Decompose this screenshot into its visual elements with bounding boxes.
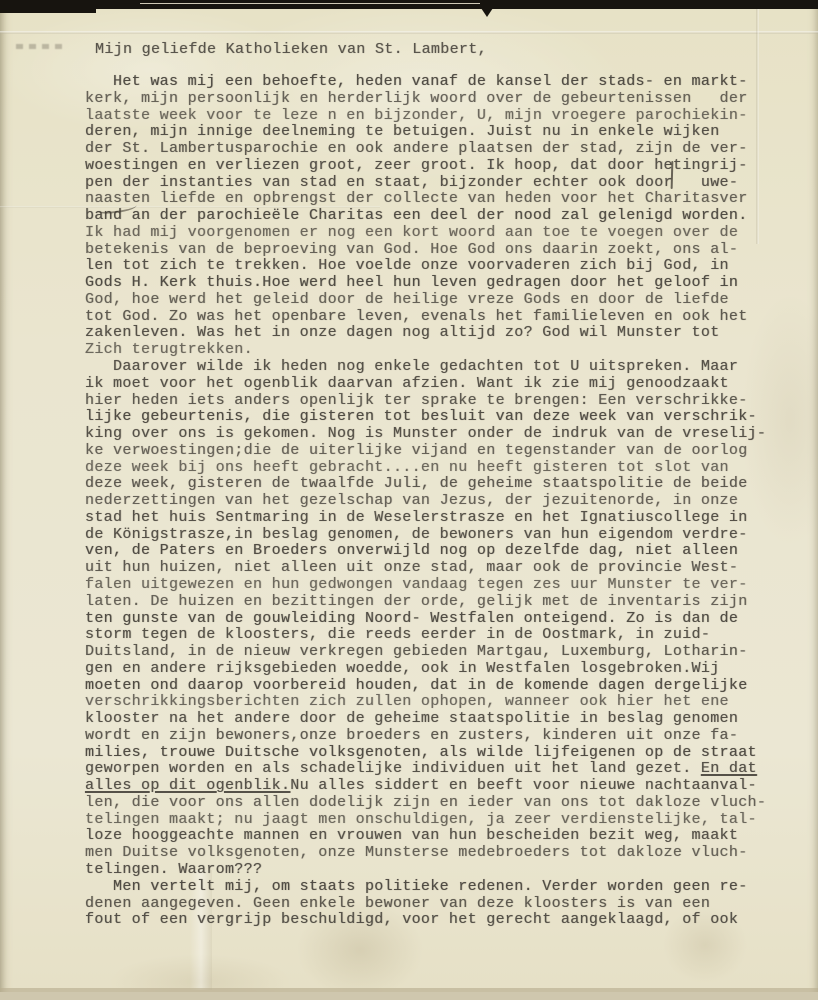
text-line: klooster na het andere door de geheime s… [85,711,780,728]
text-line: kerk, mijn persoonlijk en herderlijk woo… [85,91,780,108]
text-line: geworpen worden en als schadelijke indiv… [85,761,780,778]
text-line: deze week, gisteren de twaalfde Juli, de… [85,476,780,493]
text-line: deren, mijn innige deelneming te betuige… [85,124,780,141]
scanned-letter-page: Mijn geliefde Katholieken van St. Lamber… [0,0,818,1000]
text-line: deze week bij ons heeft gebracht....en n… [85,460,780,477]
text-line: ven, de Paters en Broeders onverwijld no… [85,543,780,560]
text-line: betekenis van de beproeving van God. Hoe… [85,242,780,259]
text-line: band an der parochieële Charitas een dee… [85,208,780,225]
text-line: tot God. Zo was het openbare leven, even… [85,309,780,326]
text-line: de Königstrasze,in beslag genomen, de be… [85,527,780,544]
text-line: lijke gebeurtenis, die gisteren tot besl… [85,409,780,426]
underlined-phrase: alles op dit ogenblik. [85,777,290,794]
text-line: uit hun huizen, niet alleen uit onze sta… [85,560,780,577]
underlined-phrase: En dat [701,760,757,777]
pencil-marks [16,44,64,49]
text-line: der St. Lambertusparochie en ook andere … [85,141,780,158]
text-line: zakenleven. Was het in onze dagen nog al… [85,325,780,342]
text-line: Duitsland, in de nieuw verkregen gebiede… [85,644,780,661]
text-line: len tot zich te trekken. Hoe voelde onze… [85,258,780,275]
text-line: Ik had mij voorgenomen er nog een kort w… [85,225,780,242]
text-line: storm tegen de kloosters, die reeds eerd… [85,627,780,644]
text-line: loze hooggeachte mannen en vrouwen van h… [85,828,780,845]
text-line: fout of een vergrijp beschuldigd, voor h… [85,912,780,929]
scan-edge-notch [481,8,493,17]
text-line: ten gunste van de gouwleiding Noord- Wes… [85,611,780,628]
scan-edge-top-left [0,0,96,13]
text-line: pen der instanties van stad en staat, bi… [85,175,780,192]
text-line: moeten ond daarop voorbereid houden, dat… [85,678,780,695]
salutation: Mijn geliefde Katholieken van St. Lamber… [95,41,487,58]
text-line: wordt en zijn bewoners,onze broeders en … [85,728,780,745]
text-line: denen aangegeven. Geen enkele bewoner va… [85,896,780,913]
text-line: ik moet voor het ogenblik daarvan afzien… [85,376,780,393]
scan-edge-top [0,0,818,9]
text-line: telingen. Waarom??? [85,862,780,879]
text-line: nederzettingen van het gezelschap van Je… [85,493,780,510]
text-line: gen en andere rijksgebieden woedde, ook … [85,661,780,678]
text-line: men Duitse volksgenoten, onze Munsterse … [85,845,780,862]
text-line: telingen maakt; nu jaagt men onschuldige… [85,812,780,829]
document-lines: Het was mij een behoefte, heden vanaf de… [85,74,780,929]
text-line: laten. De huizen en bezittingen der orde… [85,594,780,611]
text-line: verschrikkingsberichten zich zullen opho… [85,694,780,711]
text-line: Daarover wilde ik heden nog enkele gedac… [85,359,780,376]
text-line: Zich terugtrekken. [85,342,780,359]
text-line: laatste week voor te leze n en bijzonder… [85,108,780,125]
text-line: Men vertelt mij, om staats politieke red… [85,879,780,896]
text-line: milies, trouwe Duitsche volksgenoten, al… [85,745,780,762]
text-line: hier heden iets anders openlijk ter spra… [85,393,780,410]
paper-crease-top [0,31,818,34]
scan-background-bottom [0,992,818,1000]
text-line: ke verwoestingen;die de uiterlijke vijan… [85,443,780,460]
text-line: alles op dit ogenblik.Nu alles siddert e… [85,778,780,795]
text-line: len, die voor ons allen dodelijk zijn en… [85,795,780,812]
text-line: falen uitgewezen en hun gedwongen vandaa… [85,577,780,594]
text-line: Gods H. Kerk thuis.Hoe werd heel hun lev… [85,275,780,292]
text-line: stad het huis Sentmaring in de Weselerst… [85,510,780,527]
text-line: Het was mij een behoefte, heden vanaf de… [85,74,780,91]
text-line: king over ons is gekomen. Nog is Munster… [85,426,780,443]
text-line: naasten liefde en opbrengst der collecte… [85,191,780,208]
text-line: woestingen en verliezen groot, zeer groo… [85,158,780,175]
text-line: God, hoe werd het geleid door de heilige… [85,292,780,309]
scan-edge-highlight [140,3,480,4]
